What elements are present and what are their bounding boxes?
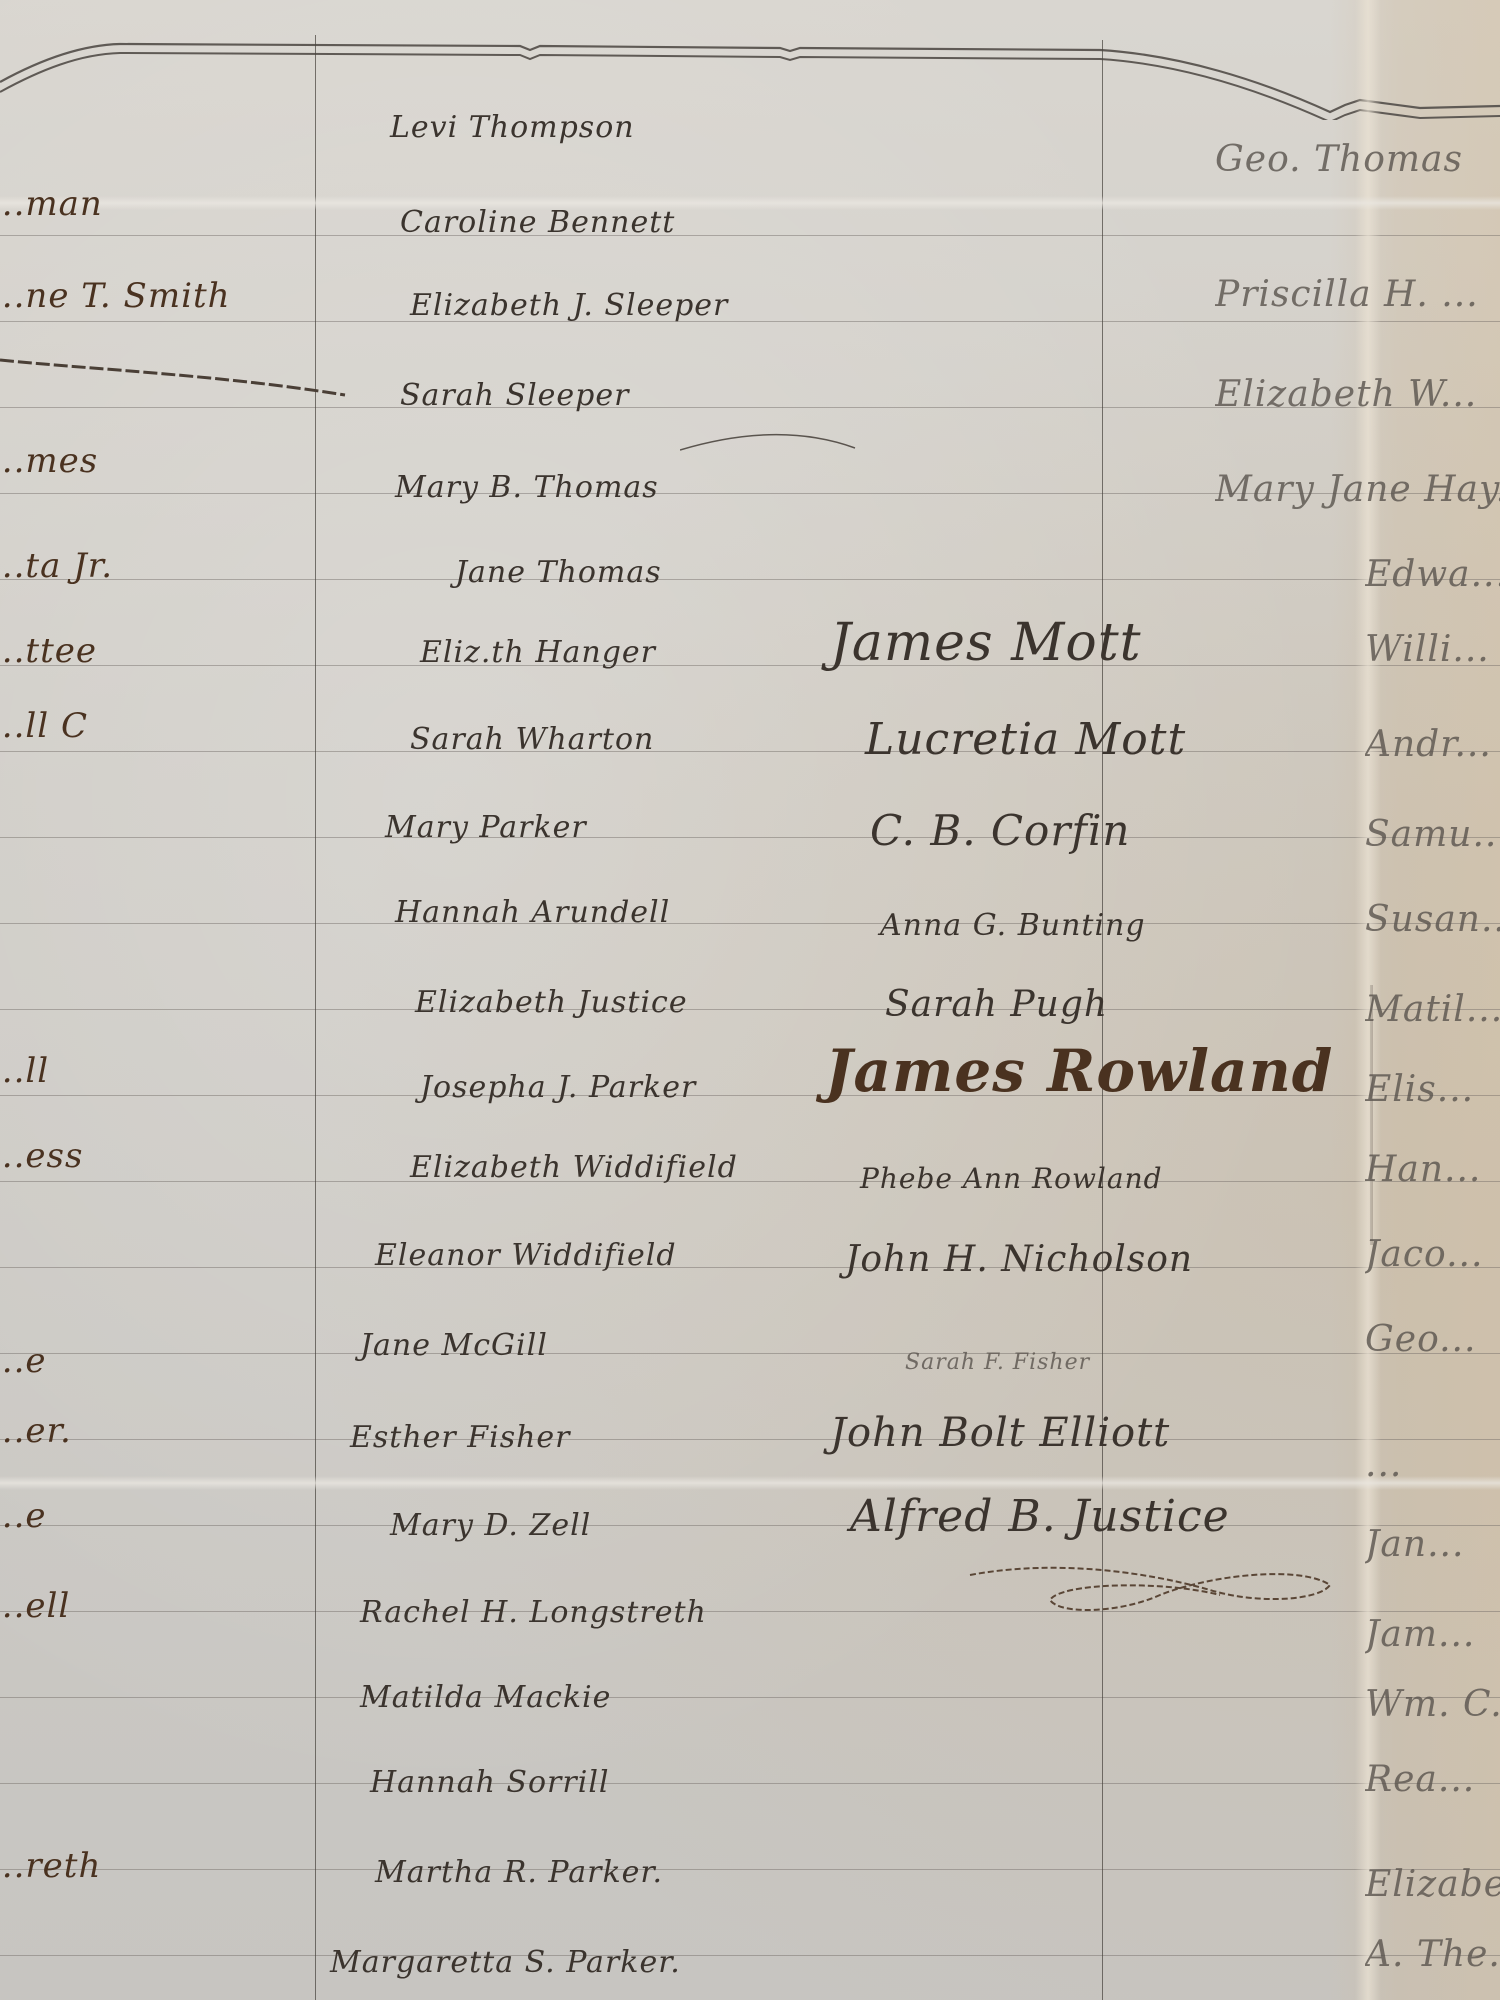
ruled-line [0,1439,1500,1440]
signature-entry: ...ta Jr. [0,546,113,586]
signature-entry: Alfred B. Justice [850,1491,1230,1542]
signature-entry: Mary Jane Hay... [1215,469,1500,510]
flourish-justice-paraph [960,1555,1340,1625]
signature-entry: Han... [1365,1149,1481,1190]
ruled-line [0,665,1500,666]
ruled-line [0,1697,1500,1698]
signature-entry: Phebe Ann Rowland [860,1162,1163,1195]
ruled-line [0,1869,1500,1870]
signature-entry: Hannah Arundell [395,895,670,930]
signature-entry: ...mes [0,441,98,481]
signature-entry: ...ttee [0,631,97,671]
signature-entry: ...ell [0,1586,70,1626]
signature-entry: ...e [0,1496,47,1536]
signature-entry: Elizabeth Justice [415,985,688,1020]
signature-entry: Elizabeth ... [1365,1864,1500,1905]
ruled-line [0,1009,1500,1010]
signature-entry: Elizabeth Widdifield [410,1150,738,1185]
signature-entry: Rachel H. Longstreth [360,1595,707,1630]
signature-entry: Jam... [1365,1614,1475,1655]
signature-entry: Jane Thomas [455,555,662,590]
ruled-line [0,923,1500,924]
signature-entry: A. The... [1365,1934,1500,1975]
signature-entry: Matil... [1365,989,1500,1030]
signature-entry: Caroline Bennett [400,205,675,240]
signature-entry: James Mott [830,613,1142,673]
signature-entry: Martha R. Parker. [375,1855,663,1890]
signature-entry: Eleanor Widdifield [375,1238,677,1273]
signature-entry: John Bolt Elliott [830,1410,1170,1456]
ruled-line [0,1267,1500,1268]
signature-entry: Edwa... [1365,554,1500,595]
signature-entry: Anna G. Bunting [880,908,1146,943]
signature-entry: Jaco... [1365,1234,1483,1275]
ruled-line [0,1783,1500,1784]
signature-entry: Mary B. Thomas [395,470,659,505]
signature-entry: Samu... [1365,814,1500,855]
horizontal-fold-1 [0,196,1500,210]
ruled-line [0,837,1500,838]
ruled-line [0,1353,1500,1354]
ruled-line [0,579,1500,580]
signature-entry: Priscilla H. ... [1215,274,1479,315]
column-divider-1 [315,35,316,2000]
signature-entry: Andr... [1365,724,1492,765]
signature-entry: C. B. Corfin [870,806,1130,855]
signature-entry: Mary Parker [385,810,587,845]
signature-entry: Jane McGill [360,1328,548,1363]
signature-entry: Eliz.th Hanger [420,635,656,670]
signature-entry: ...ll [0,1051,49,1091]
horizontal-fold-2 [0,1476,1500,1490]
signature-entry: Geo. Thomas [1215,139,1463,180]
signature-entry: ...ne T. Smith [0,276,231,316]
flourish-left-underline [0,350,350,410]
signature-entry: ...ll C [0,706,88,746]
signature-entry: ...reth [0,1846,101,1886]
signature-entry: Willi... [1365,629,1490,670]
signature-entry: Sarah Wharton [410,722,654,757]
header-double-rule [0,20,1500,120]
signature-entry: Wm. C... [1365,1684,1500,1725]
signature-entry: Susan... [1365,899,1500,940]
signature-entry: Esther Fisher [350,1420,571,1455]
signature-entry: John H. Nicholson [845,1239,1193,1280]
signature-entry: Rea... [1365,1759,1475,1800]
signature-entry: Elizabeth J. Sleeper [410,288,728,323]
signature-entry: ...ess [0,1136,83,1176]
signature-entry: Lucretia Mott [865,714,1186,765]
ruled-line [0,751,1500,752]
ruled-line [0,235,1500,236]
signature-entry: Hannah Sorrill [370,1765,610,1800]
signature-entry: Sarah Sleeper [400,378,629,413]
signature-entry: Josepha J. Parker [420,1070,696,1105]
signature-entry: Matilda Mackie [360,1680,611,1715]
signature-entry: Levi Thompson [390,110,635,145]
ruled-line [0,1181,1500,1182]
signature-entry: Sarah F. Fisher [905,1350,1090,1375]
signature-entry: Geo... [1365,1319,1476,1360]
ruled-line [0,1525,1500,1526]
ruled-line [0,321,1500,322]
signature-entry: ...man [0,184,103,224]
signature-entry: Margaretta S. Parker. [330,1945,681,1980]
signature-entry: ...er. [0,1411,72,1451]
signature-entry: James Rowland [825,1037,1333,1105]
signature-entry: Elizabeth W... [1215,374,1477,415]
signature-entry: Mary D. Zell [390,1508,591,1543]
ruled-line [0,1955,1500,1956]
signature-entry: ... [1365,1444,1402,1485]
signature-entry: Sarah Pugh [885,984,1108,1025]
flourish-sarah-sleeper [680,420,860,460]
signature-entry: Jan... [1365,1524,1464,1565]
signature-entry: ...e [0,1341,47,1381]
signature-entry: Elis... [1365,1069,1474,1110]
